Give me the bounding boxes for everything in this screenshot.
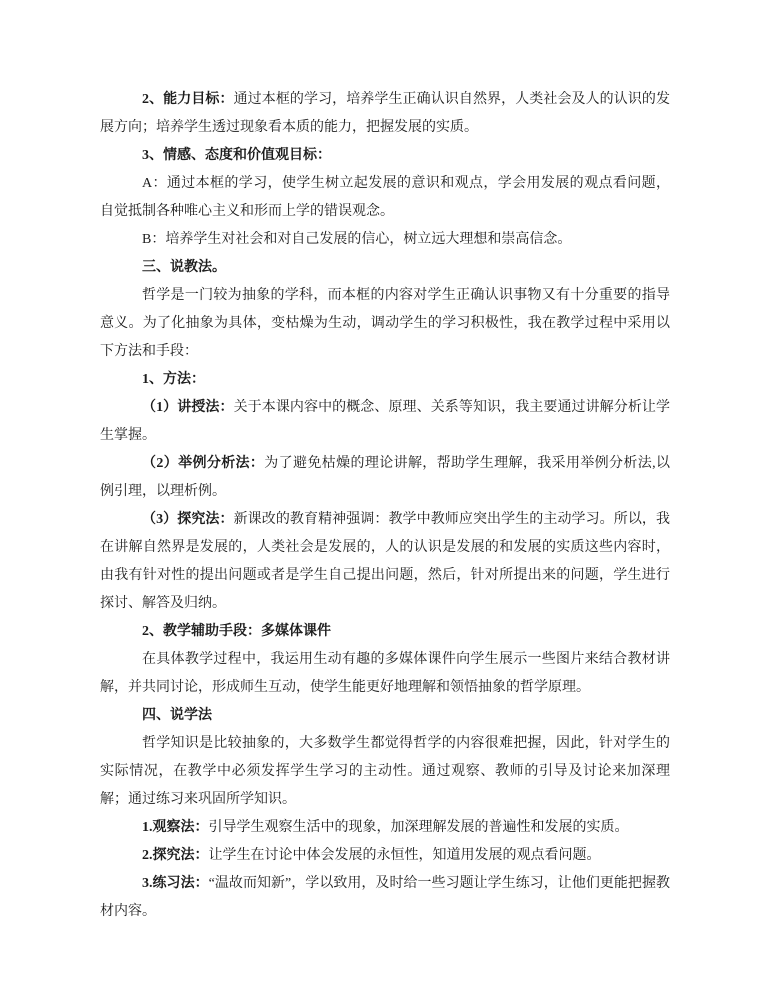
section-heading: 2、教学辅助手段：多媒体课件 [100,618,670,646]
paragraph: 在具体教学过程中，我运用生动有趣的多媒体课件向学生展示一些图片来结合教材讲解，并… [100,646,670,702]
paragraph-lead: 1.观察法： [142,820,209,835]
paragraph-lead: 1、方法： [142,372,205,387]
paragraph-lead: 四、说学法 [142,708,212,723]
paragraph-text: B：培养学生对社会和对自己发展的信心，树立远大理想和崇高信念。 [142,232,571,247]
paragraph-lead: 2、能力目标： [142,92,234,107]
section-heading: 3、情感、态度和价值观目标： [100,142,670,170]
paragraph-lead: （1）讲授法： [142,400,234,415]
paragraph: B：培养学生对社会和对自己发展的信心，树立远大理想和崇高信念。 [100,226,670,254]
paragraph-lead: （3）探究法： [142,512,234,527]
section-heading: 四、说学法 [100,702,670,730]
section-heading: 三、说教法。 [100,254,670,282]
paragraph: 2、能力目标：通过本框的学习，培养学生正确认识自然界，人类社会及人的认识的发展方… [100,86,670,142]
paragraph: （3）探究法：新课改的教育精神强调：教学中教师应突出学生的主动学习。所以，我在讲… [100,506,670,618]
paragraph-text: 在具体教学过程中，我运用生动有趣的多媒体课件向学生展示一些图片来结合教材讲解，并… [100,652,670,695]
paragraph-lead: 3.练习法： [142,876,209,891]
paragraph: （1）讲授法：关于本课内容中的概念、原理、关系等知识，我主要通过讲解分析让学生掌… [100,394,670,450]
paragraph-text: 哲学知识是比较抽象的，大多数学生都觉得哲学的内容很难把握，因此，针对学生的实际情… [100,736,670,807]
paragraph-text: 哲学是一门较为抽象的学科，而本框的内容对学生正确认识事物又有十分重要的指导意义。… [100,288,670,359]
paragraph-text: A：通过本框的学习，使学生树立起发展的意识和观点，学会用发展的观点看问题，自觉抵… [100,176,670,219]
paragraph-text: 引导学生观察生活中的现象，加深理解发展的普遍性和发展的实质。 [209,820,629,835]
paragraph: 哲学是一门较为抽象的学科，而本框的内容对学生正确认识事物又有十分重要的指导意义。… [100,282,670,366]
document-page: 2、能力目标：通过本框的学习，培养学生正确认识自然界，人类社会及人的认识的发展方… [0,0,770,1000]
paragraph-lead: 三、说教法。 [142,260,226,275]
paragraph: A：通过本框的学习，使学生树立起发展的意识和观点，学会用发展的观点看问题，自觉抵… [100,170,670,226]
paragraph: 1.观察法：引导学生观察生活中的现象，加深理解发展的普遍性和发展的实质。 [100,814,670,842]
paragraph-text: 让学生在讨论中体会发展的永恒性，知道用发展的观点看问题。 [209,848,601,863]
document-body: 2、能力目标：通过本框的学习，培养学生正确认识自然界，人类社会及人的认识的发展方… [100,86,670,926]
section-heading: 1、方法： [100,366,670,394]
paragraph: （2）举例分析法：为了避免枯燥的理论讲解，帮助学生理解，我采用举例分析法,以例引… [100,450,670,506]
paragraph-lead: 2、教学辅助手段：多媒体课件 [142,624,331,639]
paragraph: 哲学知识是比较抽象的，大多数学生都觉得哲学的内容很难把握，因此，针对学生的实际情… [100,730,670,814]
paragraph: 3.练习法：“温故而知新”，学以致用，及时给一些习题让学生练习，让他们更能把握教… [100,870,670,926]
paragraph-lead: 2.探究法： [142,848,209,863]
paragraph: 2.探究法：让学生在讨论中体会发展的永恒性，知道用发展的观点看问题。 [100,842,670,870]
paragraph-lead: （2）举例分析法： [142,456,264,471]
paragraph-lead: 3、情感、态度和价值观目标： [142,148,331,163]
